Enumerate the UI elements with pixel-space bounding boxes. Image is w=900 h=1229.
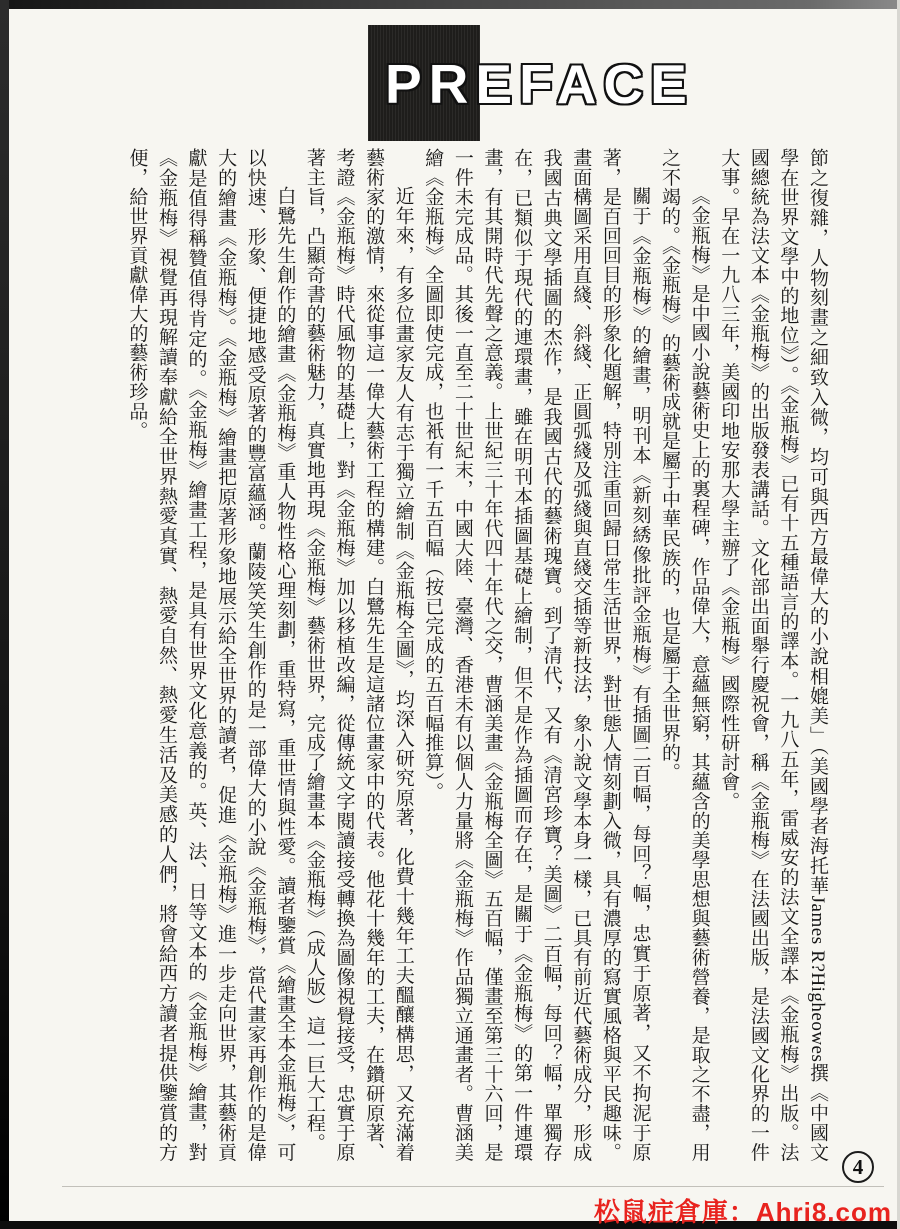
page-number-badge: 4 — [842, 1151, 874, 1183]
paragraph: 關于《金瓶梅》的繪畫，明刊本《新刻綉像批評金瓶梅》有插圖二百幅，每回？幅，忠實于… — [418, 148, 655, 1162]
preface-title: PREFACE — [385, 57, 694, 112]
scan-edge-left — [0, 0, 9, 1229]
paragraph: 《金瓶梅》是中國小說藝術史上的裏程碑，作品偉大，意蘊無窮，其蘊含的美學思想與藝術… — [654, 148, 713, 1162]
preface-body: 節之復雜，人物刻畫之細致入微，均可與西方最偉大的小說相媲美」（美國學者海托華Ja… — [122, 148, 832, 1162]
footer-divider — [62, 1186, 884, 1187]
scan-edge-top — [0, 0, 900, 9]
paragraph: 近年來，有多位畫家友人有志于獨立繪制《金瓶梅全圖》，均深入研究原著，化費十幾年工… — [299, 148, 417, 1162]
watermark-text: 松鼠症倉庫：Ahri8.com — [594, 1192, 892, 1229]
scanned-page: PREFACE 節之復雜，人物刻畫之細致入微，均可與西方最偉大的小說相媲美」（美… — [0, 0, 900, 1229]
paragraph: 白鷺先生創作的繪畫《金瓶梅》重人物性格心理刻劃，重特寫，重世情與性愛。讀者鑒賞《… — [122, 148, 300, 1162]
paragraph: 節之復雜，人物刻畫之細致入微，均可與西方最偉大的小說相媲美」（美國學者海托華Ja… — [714, 148, 832, 1162]
